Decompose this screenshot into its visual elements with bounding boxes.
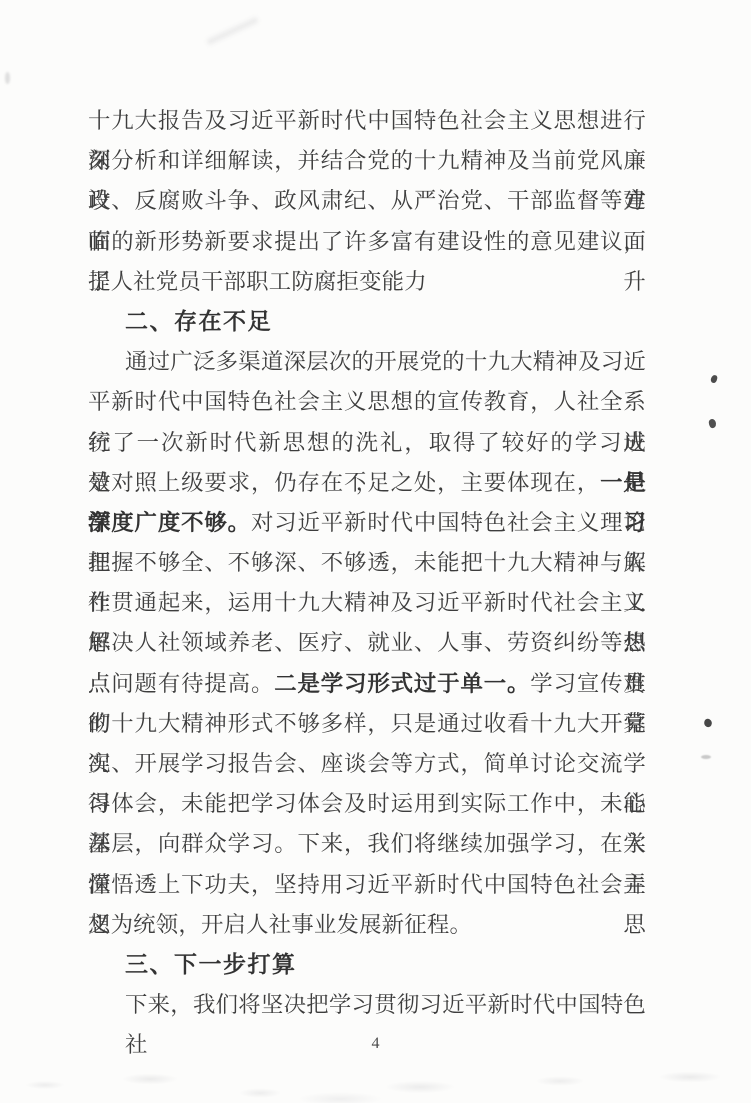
text-segment: 想为统领，开启人社事业发展新征程。 xyxy=(88,912,472,937)
bold-text-segment: 三、下一步打算 xyxy=(125,952,297,977)
text-line: 下来，我们将坚决把学习贯彻习近平新时代中国特色社 xyxy=(88,985,646,1025)
text-segment: 点问题有待提高。 xyxy=(88,671,274,696)
text-line: 通过广泛多渠道深层次的开展党的十九大精神及习近 xyxy=(88,342,646,382)
text-segment: 通过广泛多渠道深层次的开展党的十九大精神及习近 xyxy=(125,349,646,374)
scan-speck-icon xyxy=(710,374,718,383)
scan-speck-icon xyxy=(701,755,711,759)
text-line: 深度广度不够。对习近平新时代中国特色社会主义理论理解 xyxy=(88,503,646,543)
scan-smudge-icon xyxy=(206,17,258,46)
text-segment: 是对照上级要求，仍存在不足之处，主要体现在， xyxy=(88,470,600,495)
text-line: 把握不够全、不够深、不够透，未能把十九大精神与人社工 xyxy=(88,543,646,583)
text-line: 平新时代中国特色社会主义思想的宣传教育，人社全系统进 xyxy=(88,382,646,422)
document-body: 十九大报告及习近平新时代中国特色社会主义思想进行深刻分析和详细解读，并结合党的十… xyxy=(88,101,646,1025)
text-line: 临的新形势新要求提出了许多富有建设性的意见建议，提升 xyxy=(88,222,646,262)
text-segment: 了人社党员干部职工防腐拒变能力 xyxy=(88,269,427,294)
text-line: 十九大报告及习近平新时代中国特色社会主义思想进行深 xyxy=(88,101,646,141)
text-line: 行了一次新时代新思想的洗礼，取得了较好的学习成效，但 xyxy=(88,423,646,463)
text-line: 点问题有待提高。二是学习形式过于单一。学习宣传贯彻党 xyxy=(88,664,646,704)
text-line: 基层，向群众学习。下来，我们将继续加强学习，在学深弄 xyxy=(88,824,646,864)
text-line: 刻分析和详细解读，并结合党的十九精神及当前党风廉政建 xyxy=(88,141,646,181)
text-line: 解决人社领域养老、医疗、就业、人事、劳资纠纷等热点难 xyxy=(88,623,646,663)
scan-speck-icon xyxy=(703,718,714,729)
bold-text-segment: 二是学习形式过于单一。 xyxy=(274,671,530,696)
bold-text-segment: 二、存在不足 xyxy=(125,309,272,334)
section-heading: 三、下一步打算 xyxy=(88,945,646,985)
scan-smudge-icon xyxy=(5,72,10,84)
scan-noise-strip xyxy=(0,1067,751,1103)
text-line: 懂悟透上下功夫，坚持用习近平新时代中国特色社会主义思 xyxy=(88,865,646,905)
section-heading: 二、存在不足 xyxy=(88,302,646,342)
bold-text-segment: 深度广度不够。 xyxy=(88,510,251,535)
text-line: 是对照上级要求，仍存在不足之处，主要体现在，一是学习 xyxy=(88,463,646,503)
scan-speck-icon xyxy=(708,418,718,429)
page-number: 4 xyxy=(0,1035,751,1053)
text-line: 设、反腐败斗争、政风肃纪、从严治党、干部监督等方面面 xyxy=(88,181,646,221)
text-line: 的十九大精神形式不够多样，只是通过收看十九大开幕实 xyxy=(88,704,646,744)
document-page: 十九大报告及习近平新时代中国特色社会主义思想进行深刻分析和详细解读，并结合党的十… xyxy=(0,0,751,1103)
text-line: 况、开展学习报告会、座谈会等方式，简单讨论交流学习心 xyxy=(88,744,646,784)
text-line: 得体会，未能把学习体会及时运用到实际工作中，未能深入 xyxy=(88,784,646,824)
text-line: 作贯通起来，运用十九大精神及习近平新时代社会主义思想 xyxy=(88,583,646,623)
